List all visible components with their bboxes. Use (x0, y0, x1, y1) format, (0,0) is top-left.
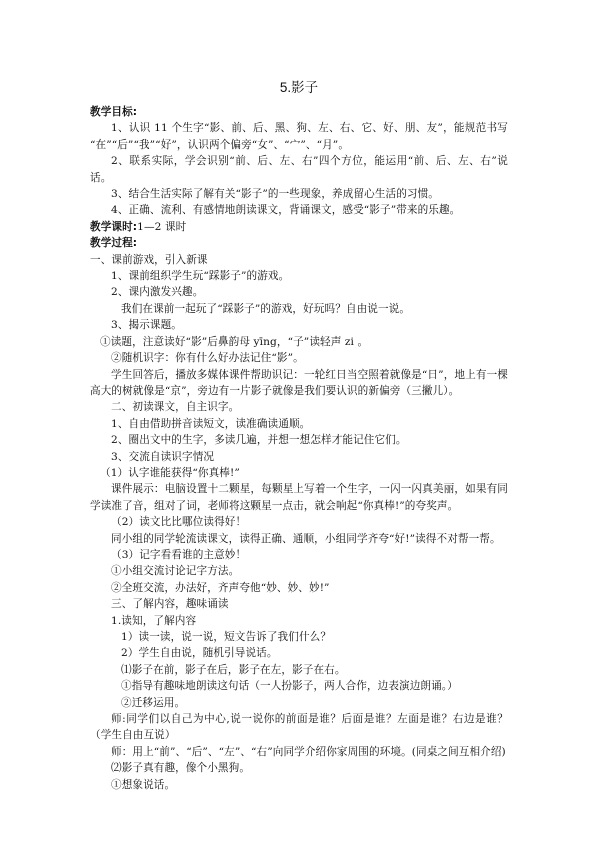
goals-heading: 教学目标: (90, 104, 508, 120)
process-paragraph: 课件展示：电脑设置十二颗星，每颗星上写着一个生字，一闪一闪真美丽，如果有同学读准… (90, 481, 508, 514)
process-line: （3）记字看看谁的主意妙！ (90, 547, 508, 563)
process-line: ①指导有趣味地朗读这句话（一人扮影子，两人合作，边表演边朗诵。） (90, 678, 508, 694)
process-line: ②迁移运用。 (90, 695, 508, 711)
process-line: （1）认字谁能获得“你真棒!” (90, 465, 508, 481)
class-hours: 教学课时:1—2 课时 (90, 219, 508, 235)
process-line: ①想象说话。 (90, 777, 508, 793)
document-title: 5.影子 (90, 78, 508, 98)
goal-item: 4、正确、流利、有感情地朗读课文，背诵课文，感受“影子”带来的乐趣。 (90, 202, 508, 218)
process-line: 1）读一读，说一说，短文告诉了我们什么？ (90, 629, 508, 645)
process-line: 2、课内激发兴趣。 (90, 284, 508, 300)
class-hours-value: 1—2 课时 (137, 221, 186, 233)
process-line: 2）学生自由说，随机引导说话。 (90, 645, 508, 661)
process-line: 我们在课前一起玩了“踩影子”的游戏，好玩吗？自由说一说。 (90, 301, 508, 317)
process-line: ⑴影子在前，影子在后，影子在左，影子在右。 (90, 662, 508, 678)
process-line: 1.读知，了解内容 (90, 613, 508, 629)
process-line: 3、交流自读识字情况 (90, 449, 508, 465)
process-line: 1、自由借助拼音读短文，读准确读通顺。 (90, 416, 508, 432)
section-heading: 二、初读课文，自主识字。 (90, 399, 508, 415)
process-heading: 教学过程: (90, 235, 508, 251)
process-line: 3、揭示课题。 (90, 317, 508, 333)
process-paragraph: 学生回答后，播放多媒体课件帮助识记：一轮红日当空照着就像是“日”，地上有一棵高大… (90, 367, 508, 400)
process-paragraph: 师：用上“前”、“后”、“左”、“右”向同学介绍你家周围的环境。(同桌之间互相介… (90, 744, 508, 760)
section-heading: 三、了解内容，趣味诵读 (90, 596, 508, 612)
process-line: ①小组交流讨论记字方法。 (90, 563, 508, 579)
process-line: ②随机识字：你有什么好办法记住“影”。 (90, 350, 508, 366)
process-line: 2、圈出文中的生字，多读几遍，并想一想怎样才能记住它们。 (90, 432, 508, 448)
process-line: （2）读文比比哪位读得好！ (90, 514, 508, 530)
section-heading: 一、课前游戏，引入新课 (90, 252, 508, 268)
process-paragraph: 师:同学们以自己为中心,说一说你的前面是谁？后面是谁？左面是谁？右边是谁？（学生… (90, 711, 508, 744)
process-line: ①读题，注意读好“影”后鼻韵母 yīng，“子”读轻声 zi 。 (90, 334, 508, 350)
class-hours-label: 教学课时: (90, 221, 137, 233)
process-line: 同小组的同学轮流读课文，读得正确、通顺，小组同学齐夸“好!”读得不对帮一帮。 (90, 531, 508, 547)
goal-item: 1、认识 11 个生字“影、前、后、黑、狗、左、右、它、好、朋、友”，能规范书写… (90, 120, 508, 153)
goal-item: 3、结合生活实际了解有关“影子”的一些现象，养成留心生活的习惯。 (90, 186, 508, 202)
goal-item: 2、联系实际，学会识别“前、后、左、右”四个方位，能运用“前、后、左、右”说话。 (90, 153, 508, 186)
process-line: 1、课前组织学生玩“踩影子”的游戏。 (90, 268, 508, 284)
document-page: 5.影子 教学目标: 1、认识 11 个生字“影、前、后、黑、狗、左、右、它、好… (90, 78, 508, 793)
process-line: ⑵影子真有趣，像个小黑狗。 (90, 760, 508, 776)
process-line: ②全班交流，办法好，齐声夸他“妙、妙、妙!” (90, 580, 508, 596)
